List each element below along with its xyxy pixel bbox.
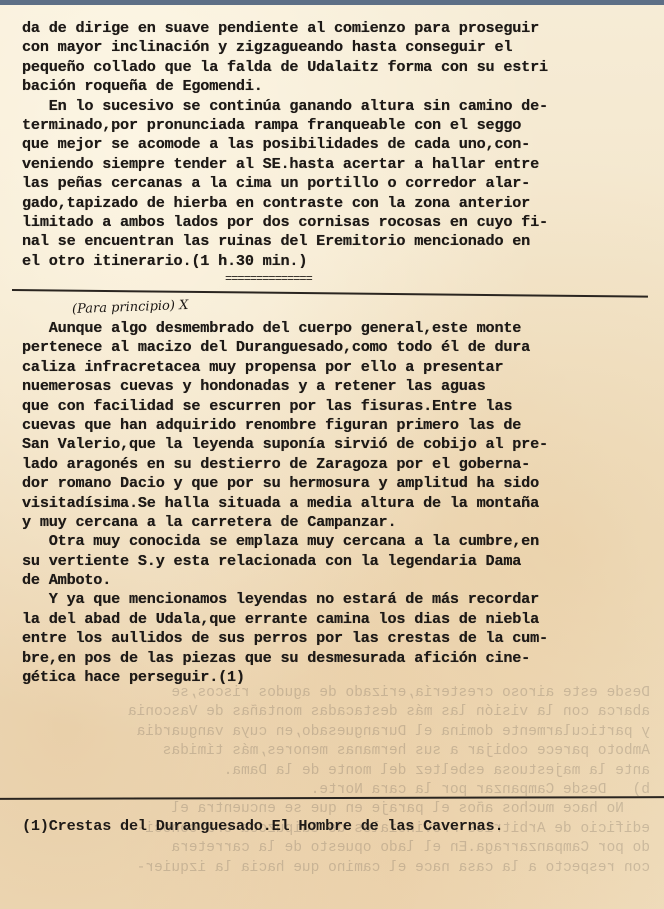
text-line: San Valerio,que la leyenda suponía sirvi… bbox=[22, 435, 658, 454]
text-line: terminado,por pronunciada rampa franquea… bbox=[22, 116, 658, 135]
text-line: gética hace perseguir.(1) bbox=[22, 668, 658, 687]
scan-top-edge bbox=[0, 0, 664, 5]
text-line: con respecto a la casa nace el camino qu… bbox=[0, 859, 650, 878]
text-line: da de dirige en suave pendiente al comie… bbox=[22, 19, 658, 38]
text-line: cuevas que han adquirido renombre figura… bbox=[22, 416, 658, 435]
text-line: que con facilidad se escurren por las fi… bbox=[22, 397, 658, 416]
text-line: bación roqueña de Egomendi. bbox=[22, 77, 658, 96]
text-line: Otra muy conocida se emplaza muy cercana… bbox=[22, 532, 658, 551]
text-line: la del abad de Udala,que errante camina … bbox=[22, 610, 658, 629]
text-line: Y ya que mencionamos leyendas no estará … bbox=[22, 590, 658, 609]
text-line: nal se encuentran las ruinas del Eremito… bbox=[22, 232, 658, 251]
text-line: su vertiente S.y esta relacionada con la… bbox=[22, 552, 658, 571]
text-line: Aunque algo desmembrado del cuerpo gener… bbox=[22, 319, 658, 338]
text-line: dor romano Dacio y que por su hermosura … bbox=[22, 474, 658, 493]
text-line: lado aragonés en su destierro de Zaragoz… bbox=[22, 455, 658, 474]
text-line: de Amboto. bbox=[22, 571, 658, 590]
text-line: pequeño collado que la falda de Udalaitz… bbox=[22, 58, 658, 77]
text-line: el otro itinerario.(1 h.30 min.) bbox=[22, 252, 658, 271]
text-line: con mayor inclinación y zigzagueando has… bbox=[22, 38, 658, 57]
section-one-text: da de dirige en suave pendiente al comie… bbox=[22, 19, 658, 271]
text-line: limitado a ambos lados por dos cornisas … bbox=[22, 213, 658, 232]
footnote: (1)Crestas del Duranguesado.El Hombre de… bbox=[22, 817, 503, 835]
text-line: y particularmente domina el Duranguesado… bbox=[0, 723, 650, 742]
text-line: En lo sucesivo se continúa ganando altur… bbox=[22, 97, 658, 116]
separator-line: ============== bbox=[225, 272, 312, 286]
section-two-text: Aunque algo desmembrado del cuerpo gener… bbox=[22, 319, 658, 687]
text-line: Amboto parece cobijar a sus hermanas men… bbox=[0, 742, 650, 761]
text-line: ante la majestuosa esbeltez del monte de… bbox=[0, 762, 650, 781]
text-line: gado,tapizado de hierba en contraste con… bbox=[22, 194, 658, 213]
text-line: caliza infracretacea muy propensa por el… bbox=[22, 358, 658, 377]
text-line: abarca con la visión las más destacadas … bbox=[0, 703, 650, 722]
text-line: las peñas cercanas a la cima un portillo… bbox=[22, 174, 658, 193]
text-line: y muy cercana a la carretera de Campanza… bbox=[22, 513, 658, 532]
text-line: nuemerosas cuevas y hondonadas y a reten… bbox=[22, 377, 658, 396]
text-line: visitadísima.Se halla situada a media al… bbox=[22, 494, 658, 513]
text-line: do por Campanzarraga.En el lado opuesto … bbox=[0, 839, 650, 858]
text-line: bre,en pos de las piezas que su desmesur… bbox=[22, 649, 658, 668]
text-line: entre los aullidos de sus perros por las… bbox=[22, 629, 658, 648]
bleed-through-text: Desde este airoso crestería,erizado de a… bbox=[0, 684, 664, 878]
text-line: que mejor se acomode a las posibilidades… bbox=[22, 135, 658, 154]
text-line: veniendo siempre tender al SE.hasta acer… bbox=[22, 155, 658, 174]
text-line: pertenece al macizo del Duranguesado,com… bbox=[22, 338, 658, 357]
